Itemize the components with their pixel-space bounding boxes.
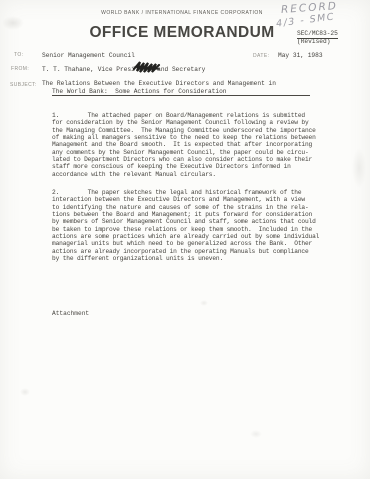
- from-value: T. T. Thahane, Vice Presi and Secretary: [42, 66, 205, 73]
- body-paragraph-2: 2. The paper sketches the legal and hist…: [52, 189, 352, 262]
- date-label: DATE:: [253, 53, 269, 59]
- subject-label: SUBJECT:: [10, 82, 37, 88]
- date-value: May 31, 1983: [278, 52, 323, 59]
- subject-line-1: The Relations Between the Executive Dire…: [42, 80, 276, 87]
- paper-smudge: [352, 148, 366, 188]
- to-label: TO:: [14, 52, 23, 58]
- document-revised-tag: (Revised): [297, 38, 330, 45]
- scanned-memo-page: WORLD BANK / INTERNATIONAL FINANCE CORPO…: [0, 0, 370, 479]
- pen-scribble-strikeout: [133, 61, 161, 73]
- to-value: Senior Management Council: [42, 52, 135, 59]
- from-value-post: and Secretary: [157, 66, 205, 73]
- paper-smudge: [200, 300, 208, 306]
- paper-smudge: [250, 430, 262, 438]
- attachment-notation: Attachment: [52, 310, 89, 317]
- subject-line-2: The World Bank: Some Actions for Conside…: [52, 88, 227, 95]
- paper-smudge: [20, 388, 30, 396]
- from-label: FROM:: [11, 66, 29, 72]
- from-value-pre: T. T. Thahane, Vice Presi: [42, 66, 135, 73]
- subject-underline: [52, 95, 310, 96]
- body-paragraph-1: 1. The attached paper on Board/Managemen…: [52, 112, 352, 178]
